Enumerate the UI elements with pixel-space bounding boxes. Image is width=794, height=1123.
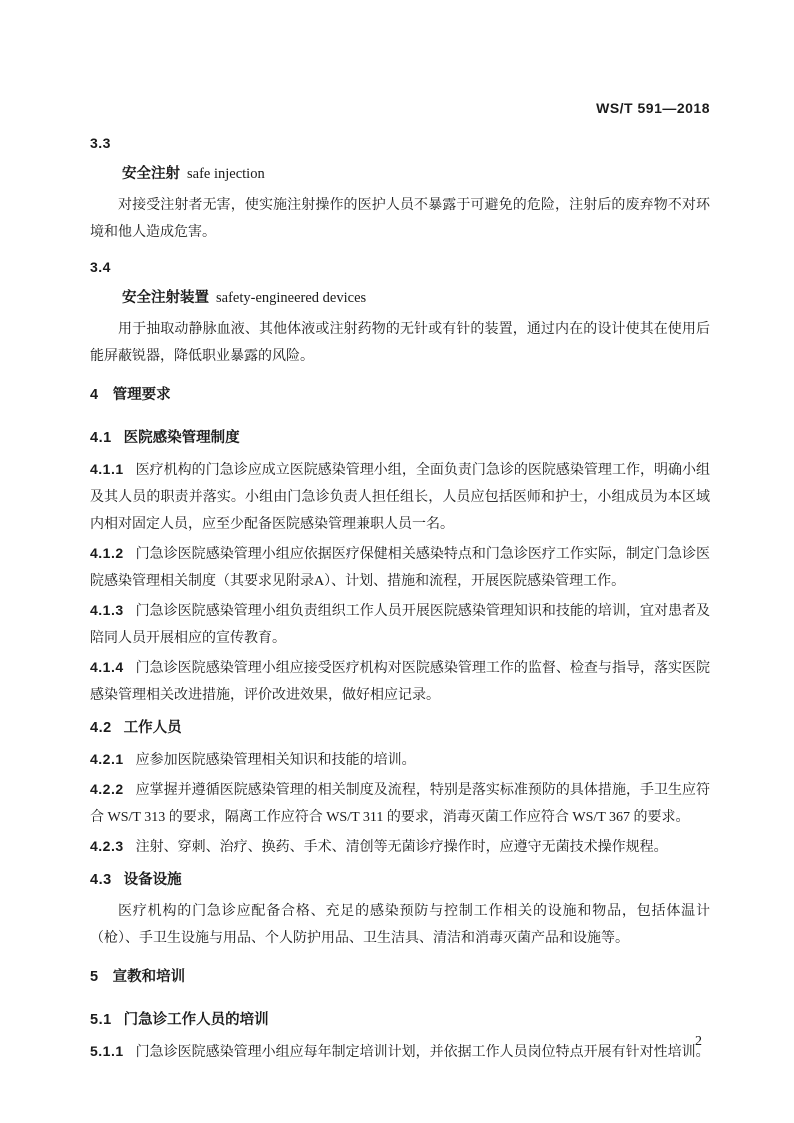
section-4-3-heading: 4.3设备设施 <box>90 867 710 894</box>
clause-4-2-3-text: 注射、穿刺、治疗、换药、手术、清创等无菌诊疗操作时，应遵守无菌技术操作规程。 <box>136 840 668 855</box>
clause-4-2-1: 4.2.1应参加医院感染管理相关知识和技能的培训。 <box>90 746 710 774</box>
clause-4-1-1-number: 4.1.1 <box>90 461 124 477</box>
term-3-4-en: safety-engineered devices <box>216 290 366 306</box>
section-5-heading: 5宣教和培训 <box>90 964 710 991</box>
section-4-1-title: 医院感染管理制度 <box>124 430 240 446</box>
clause-4-1-4-text: 门急诊医院感染管理小组应接受医疗机构对医院感染管理工作的监督、检查与指导，落实医… <box>90 661 710 703</box>
term-3-3-en: safe injection <box>187 166 265 182</box>
clause-4-2-3-number: 4.2.3 <box>90 838 124 854</box>
clause-5-1-1-number: 5.1.1 <box>90 1043 124 1059</box>
section-5-1-heading: 5.1门急诊工作人员的培训 <box>90 1007 710 1034</box>
clause-4-1-4-number: 4.1.4 <box>90 659 124 675</box>
term-3-4-definition: 用于抽取动静脉血液、其他体液或注射药物的无针或有针的装置，通过内在的设计使其在使… <box>90 316 710 370</box>
section-5-title: 宣教和培训 <box>113 969 186 985</box>
clause-5-1-1-text: 门急诊医院感染管理小组应每年制定培训计划，并依据工作人员岗位特点开展有针对性培训… <box>136 1045 710 1060</box>
section-4-1-number: 4.1 <box>90 430 112 446</box>
clause-4-1-3: 4.1.3门急诊医院感染管理小组负责组织工作人员开展医院感染管理知识和技能的培训… <box>90 597 710 652</box>
term-3-3-zh: 安全注射 <box>122 166 180 182</box>
term-3-3-number: 3.3 <box>90 130 710 157</box>
clause-4-2-2-text: 应掌握并遵循医院感染管理的相关制度及流程，特别是落实标准预防的具体措施，手卫生应… <box>90 783 710 825</box>
section-4-1-heading: 4.1医院感染管理制度 <box>90 425 710 452</box>
term-3-3: 安全注射safe injection <box>90 161 710 188</box>
document-number-header: WS/T 591—2018 <box>90 95 710 122</box>
clause-4-2-2-number: 4.2.2 <box>90 781 124 797</box>
clause-4-1-2: 4.1.2门急诊医院感染管理小组应依据医疗保健相关感染特点和门急诊医疗工作实际，… <box>90 540 710 595</box>
section-4-3-paragraph: 医疗机构的门急诊应配备合格、充足的感染预防与控制工作相关的设施和物品，包括体温计… <box>90 898 710 952</box>
section-4-heading: 4管理要求 <box>90 382 710 409</box>
term-3-4-zh: 安全注射装置 <box>122 290 209 306</box>
section-4-3-number: 4.3 <box>90 872 112 888</box>
section-5-number: 5 <box>90 969 99 985</box>
section-4-3-title: 设备设施 <box>124 872 182 888</box>
section-5-1-title: 门急诊工作人员的培训 <box>124 1012 269 1028</box>
clause-4-1-3-number: 4.1.3 <box>90 602 124 618</box>
clause-4-1-4: 4.1.4门急诊医院感染管理小组应接受医疗机构对医院感染管理工作的监督、检查与指… <box>90 654 710 709</box>
clause-4-2-1-number: 4.2.1 <box>90 751 124 767</box>
term-3-3-definition: 对接受注射者无害，使实施注射操作的医护人员不暴露于可避免的危险，注射后的废弃物不… <box>90 192 710 246</box>
clause-4-2-3: 4.2.3注射、穿刺、治疗、换药、手术、清创等无菌诊疗操作时，应遵守无菌技术操作… <box>90 833 710 861</box>
section-4-2-number: 4.2 <box>90 720 112 736</box>
clause-5-1-1: 5.1.1门急诊医院感染管理小组应每年制定培训计划，并依据工作人员岗位特点开展有… <box>90 1038 710 1066</box>
section-4-title: 管理要求 <box>113 387 171 403</box>
clause-4-1-3-text: 门急诊医院感染管理小组负责组织工作人员开展医院感染管理知识和技能的培训，宜对患者… <box>90 604 710 646</box>
term-3-4-number: 3.4 <box>90 254 710 281</box>
clause-4-1-1: 4.1.1医疗机构的门急诊应成立医院感染管理小组，全面负责门急诊的医院感染管理工… <box>90 456 710 538</box>
clause-4-2-1-text: 应参加医院感染管理相关知识和技能的培训。 <box>136 753 416 768</box>
standard-document-page: WS/T 591—2018 3.3 安全注射safe injection 对接受… <box>0 0 794 1123</box>
section-4-2-heading: 4.2工作人员 <box>90 715 710 742</box>
term-3-4: 安全注射装置safety-engineered devices <box>90 285 710 312</box>
clause-4-1-1-text: 医疗机构的门急诊应成立医院感染管理小组，全面负责门急诊的医院感染管理工作，明确小… <box>90 463 710 532</box>
section-4-2-title: 工作人员 <box>124 720 182 736</box>
page-number: 2 <box>695 1028 702 1055</box>
section-5-1-number: 5.1 <box>90 1012 112 1028</box>
clause-4-1-2-number: 4.1.2 <box>90 545 124 561</box>
clause-4-2-2: 4.2.2应掌握并遵循医院感染管理的相关制度及流程，特别是落实标准预防的具体措施… <box>90 776 710 831</box>
clause-4-1-2-text: 门急诊医院感染管理小组应依据医疗保健相关感染特点和门急诊医疗工作实际，制定门急诊… <box>90 547 710 589</box>
section-4-number: 4 <box>90 387 99 403</box>
